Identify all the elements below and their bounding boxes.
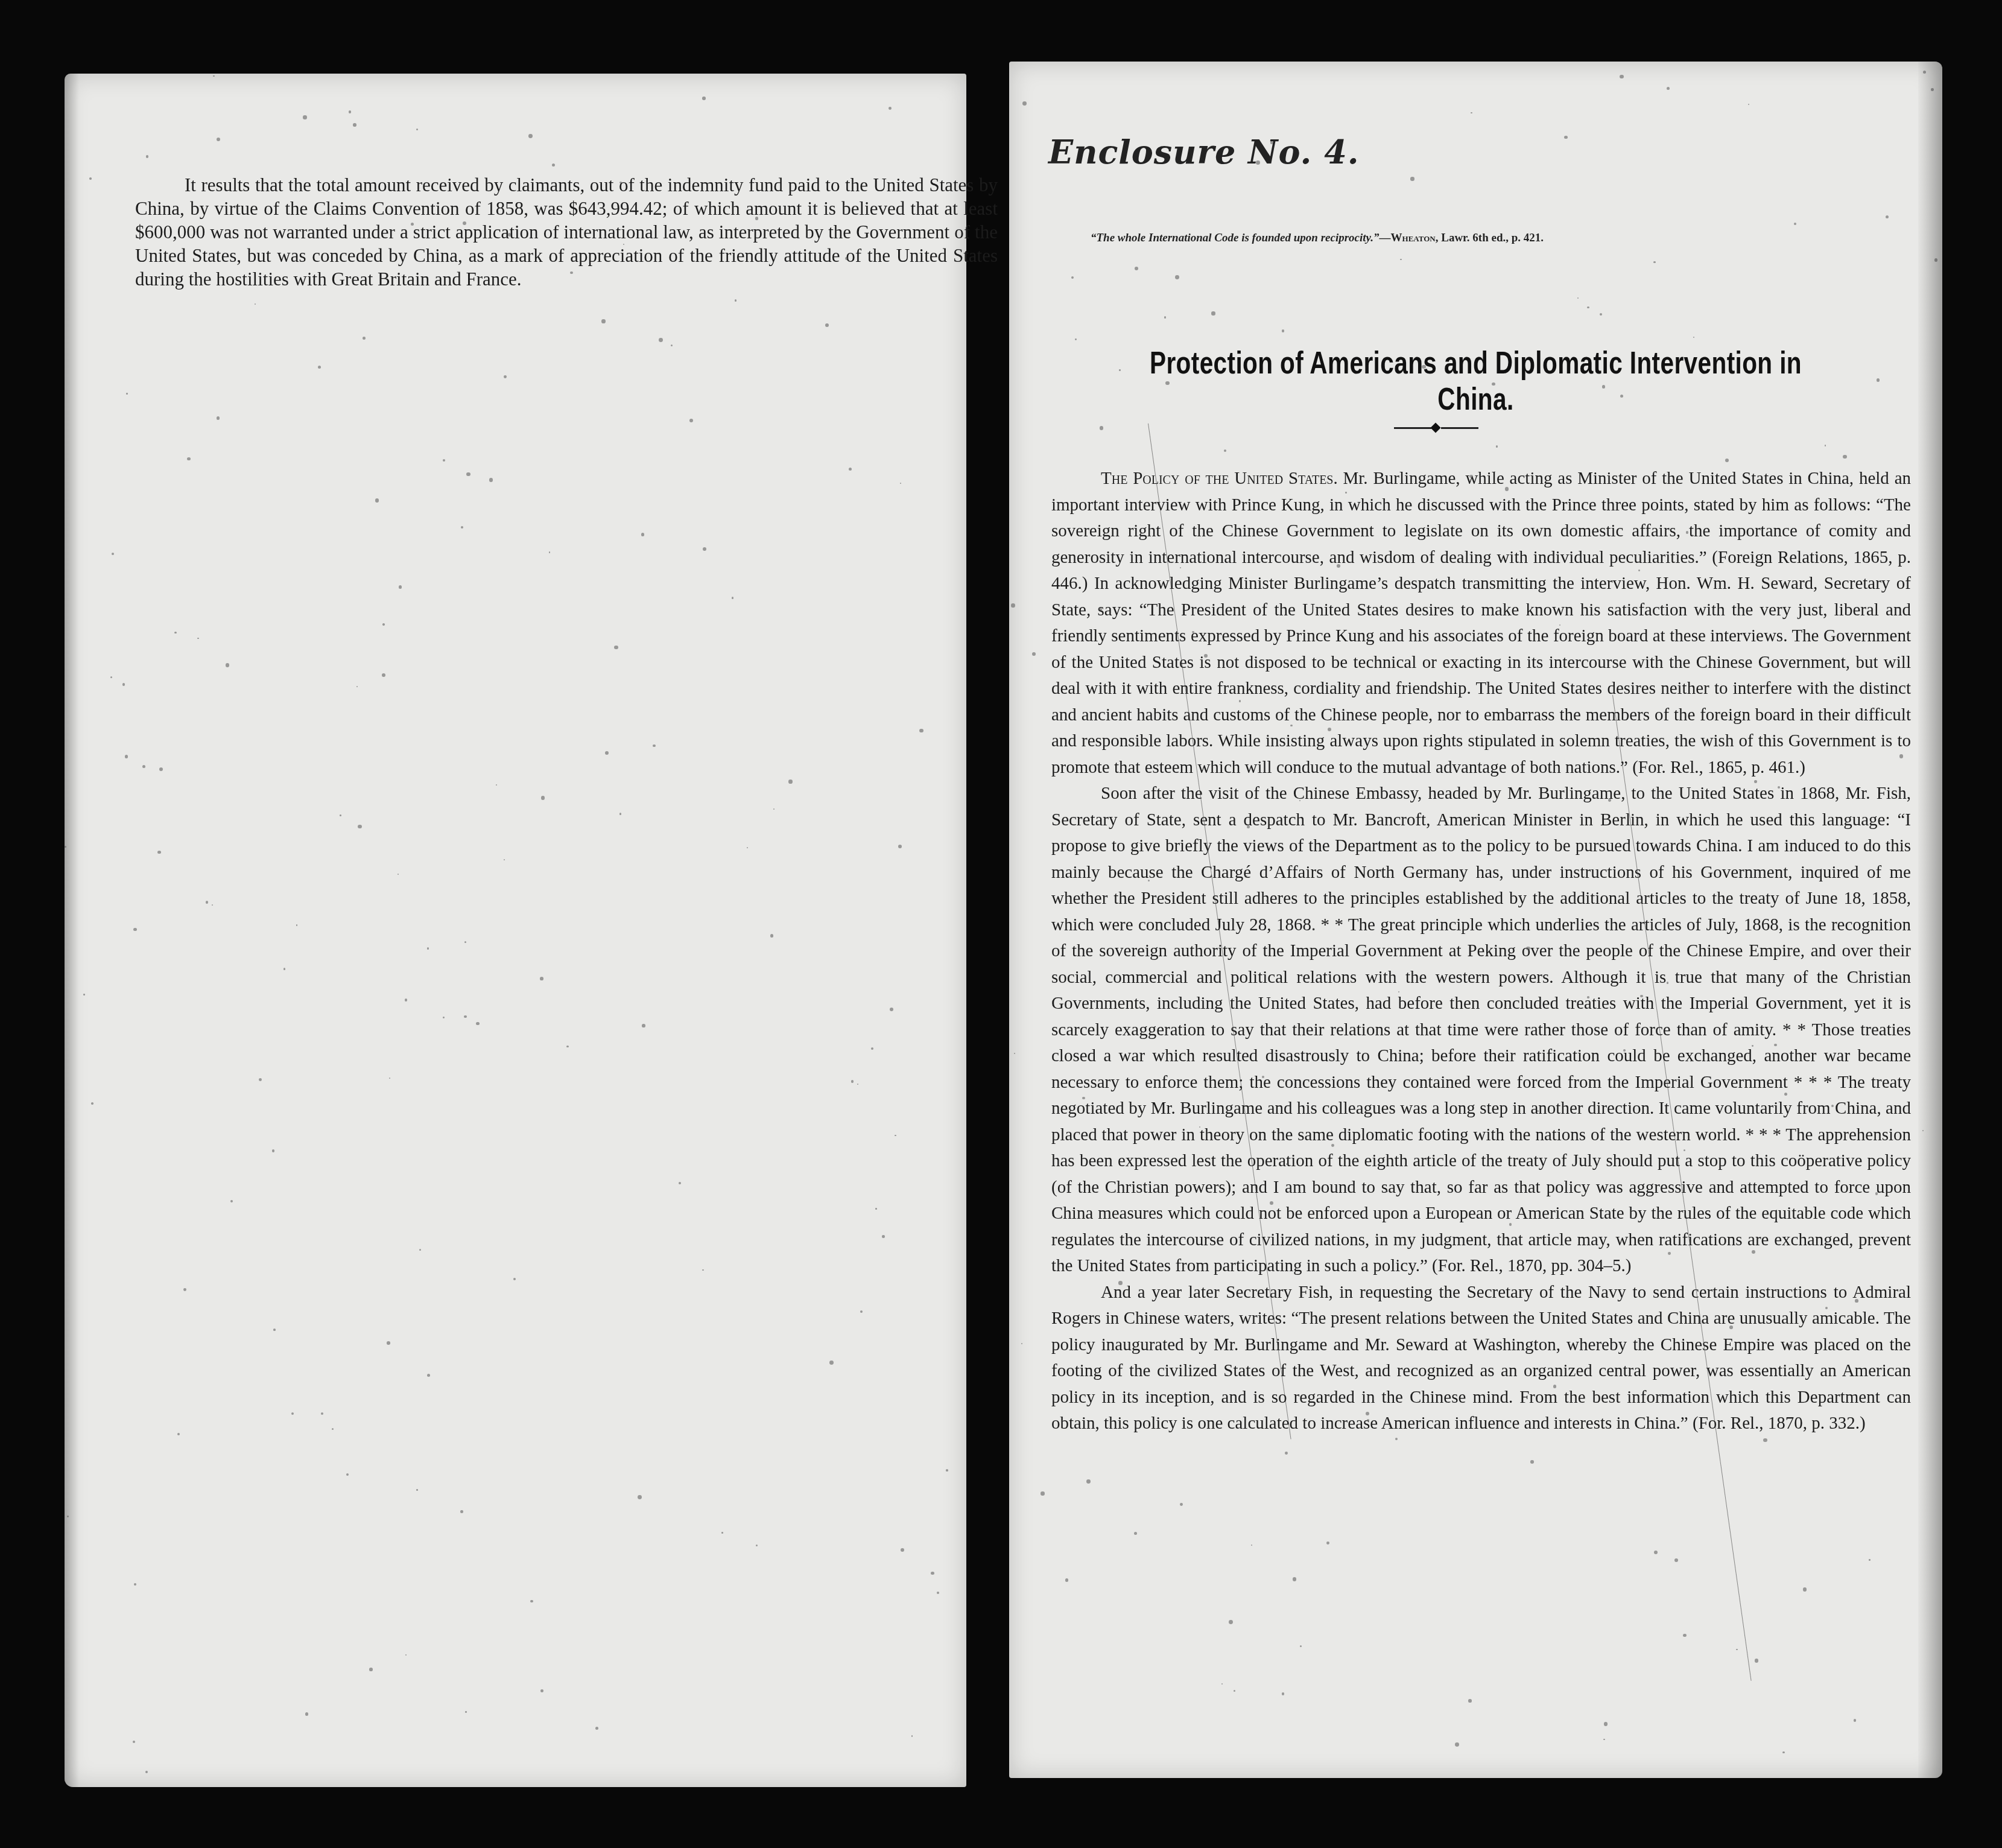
paper-speck — [1654, 1551, 1658, 1555]
paper-speck — [145, 1771, 148, 1773]
paper-speck — [1587, 306, 1589, 308]
paper-speck — [1934, 258, 1938, 262]
paper-speck — [443, 1017, 445, 1018]
paper-speck — [849, 468, 852, 471]
paper-speck — [702, 1269, 704, 1271]
paper-speck — [1638, 570, 1640, 571]
paper-speck — [159, 767, 163, 772]
paper-speck — [476, 1022, 480, 1026]
paper-speck — [291, 1412, 294, 1415]
paper-speck — [747, 847, 748, 848]
paper-speck — [504, 859, 505, 860]
paragraph-2: Soon after the visit of the Chinese Emba… — [1051, 781, 1911, 1280]
paper-speck — [321, 1412, 323, 1415]
paper-speck — [788, 780, 793, 784]
paper-speck — [146, 155, 148, 157]
paper-speck — [732, 597, 733, 599]
paper-speck — [1468, 1699, 1472, 1703]
paper-speck — [133, 1741, 135, 1743]
paper-speck — [353, 123, 356, 127]
paper-speck — [83, 994, 84, 995]
paper-speck — [851, 1080, 854, 1082]
paper-speck — [255, 303, 256, 305]
paper-speck — [1875, 1192, 1878, 1195]
paper-speck — [1100, 426, 1104, 430]
paper-speck — [1831, 1105, 1834, 1107]
paper-speck — [1886, 215, 1889, 218]
paper-speck — [1011, 603, 1015, 608]
paper-speck — [1843, 455, 1847, 459]
paper-speck — [1778, 786, 1780, 789]
paper-speck — [825, 323, 829, 327]
paper-speck — [1032, 652, 1036, 656]
paper-speck — [642, 1024, 645, 1027]
paper-speck — [112, 553, 114, 555]
paper-speck — [142, 765, 145, 768]
paper-speck — [1270, 141, 1273, 144]
paper-speck — [1803, 1587, 1807, 1592]
paper-speck — [134, 1583, 136, 1586]
paper-speck — [900, 483, 901, 484]
left-paragraph: It results that the total amount receive… — [135, 173, 998, 291]
paper-speck — [1286, 1163, 1288, 1165]
paper-speck — [605, 751, 609, 755]
paper-speck — [552, 164, 555, 167]
paper-speck — [1337, 564, 1340, 568]
paper-speck — [540, 977, 543, 980]
paper-speck — [416, 129, 418, 130]
epigraph-attribution: —Wheaton, Lawr. 6th ed., p. 421. — [1380, 232, 1544, 244]
diamond-icon — [1431, 423, 1441, 433]
paper-speck — [689, 419, 693, 422]
paper-speck — [1711, 659, 1712, 661]
paper-speck — [1041, 1491, 1045, 1496]
paper-speck — [890, 1008, 893, 1011]
paper-speck — [174, 632, 176, 633]
paper-speck — [1285, 1452, 1288, 1455]
paragraph-3: And a year later Secretary Fish, in requ… — [1051, 1280, 1911, 1437]
paper-speck — [1899, 754, 1903, 758]
paper-speck — [1526, 947, 1530, 951]
section-label: The Policy of the United States. — [1101, 469, 1338, 488]
paper-speck — [1071, 276, 1074, 279]
paper-speck — [1014, 1053, 1015, 1054]
paper-speck — [375, 498, 379, 502]
paper-speck — [305, 1712, 309, 1716]
paper-speck — [1022, 101, 1027, 106]
paper-speck — [1471, 112, 1472, 113]
paper-speck — [1086, 1479, 1091, 1484]
paper-speck — [1211, 311, 1215, 315]
paper-speck — [489, 478, 493, 481]
paper-speck — [638, 1495, 642, 1499]
paper-speck — [67, 1516, 69, 1517]
paper-speck — [349, 110, 352, 113]
paper-speck — [464, 941, 466, 943]
paper-speck — [1763, 1438, 1767, 1442]
paper-speck — [1509, 1223, 1512, 1225]
paper-speck — [382, 673, 385, 677]
paper-speck — [1653, 261, 1655, 263]
left-page: It results that the total amount receive… — [65, 74, 966, 1787]
paper-speck — [465, 1711, 467, 1713]
enclosure-heading: Enclosure No. 4. — [1048, 133, 1360, 171]
paper-speck — [1164, 316, 1166, 318]
paragraph-1: The Policy of the United States. Mr. Bur… — [1051, 466, 1911, 781]
paper-speck — [530, 1600, 533, 1602]
paper-speck — [829, 1361, 834, 1365]
paper-speck — [504, 375, 507, 378]
paper-speck — [332, 1428, 334, 1430]
paper-speck — [1825, 445, 1826, 446]
paper-speck — [296, 924, 297, 926]
paper-speck — [1328, 728, 1331, 731]
paper-speck — [217, 416, 220, 419]
paper-speck — [1270, 1201, 1273, 1205]
paper-speck — [1492, 383, 1495, 386]
paper-speck — [1239, 700, 1241, 702]
paper-speck — [1021, 1343, 1023, 1345]
paper-speck — [405, 1654, 407, 1656]
paper-speck — [619, 182, 622, 184]
paper-speck — [898, 845, 902, 848]
epigraph-source: , Lawr. 6th ed., p. 421. — [1436, 232, 1544, 244]
paper-speck — [1564, 136, 1567, 139]
paper-speck — [399, 585, 402, 588]
paper-speck — [1668, 1252, 1671, 1255]
paper-speck — [1623, 1049, 1626, 1052]
paper-speck — [369, 1668, 373, 1671]
paper-speck — [110, 676, 112, 678]
paper-speck — [1075, 338, 1077, 340]
paper-speck — [1331, 1144, 1334, 1147]
epigraph-author: Wheaton — [1391, 232, 1436, 244]
paper-speck — [1729, 1326, 1733, 1329]
paper-speck — [1794, 223, 1796, 225]
paper-speck — [1754, 780, 1757, 783]
paper-speck — [541, 796, 545, 800]
paper-speck — [1224, 449, 1226, 452]
page-title: Protection of Americans and Diplomatic I… — [1112, 345, 1840, 418]
paper-speck — [226, 663, 229, 667]
paper-speck — [1620, 75, 1623, 78]
paper-speck — [187, 457, 190, 460]
paper-speck — [125, 755, 128, 758]
paper-speck — [1410, 177, 1414, 180]
paper-speck — [1667, 982, 1668, 983]
paper-speck — [1427, 714, 1428, 716]
paper-speck — [122, 683, 125, 685]
paper-speck — [259, 1078, 262, 1081]
paper-speck — [1180, 567, 1181, 568]
paper-speck — [1469, 475, 1473, 478]
paper-speck — [641, 533, 645, 536]
paper-speck — [466, 472, 470, 477]
paper-speck — [735, 299, 736, 301]
paper-speck — [427, 947, 429, 949]
paper-speck — [679, 1182, 681, 1184]
paper-speck — [217, 138, 220, 141]
paper-speck — [1282, 329, 1285, 332]
paper-speck — [230, 1200, 233, 1202]
paper-speck — [1602, 385, 1606, 389]
paper-speck — [272, 1149, 274, 1152]
paper-speck — [895, 1135, 896, 1137]
paper-speck — [318, 366, 321, 369]
paper-speck — [1098, 608, 1102, 611]
paper-speck — [65, 846, 66, 848]
paper-speck — [389, 1078, 390, 1079]
paper-speck — [273, 1329, 276, 1331]
paper-speck — [566, 1046, 569, 1048]
paper-speck — [513, 1278, 516, 1280]
paper-speck — [1889, 1321, 1892, 1324]
paper-speck — [346, 1473, 349, 1476]
paper-speck — [284, 968, 286, 970]
right-page: Enclosure No. 4. “The whole Internationa… — [1009, 62, 1942, 1778]
paper-speck — [1247, 825, 1250, 828]
paper-speck — [1755, 1659, 1759, 1663]
paper-speck — [703, 547, 706, 551]
paper-speck — [1748, 104, 1749, 105]
paper-speck — [398, 874, 399, 875]
paper-speck — [1530, 1460, 1534, 1464]
paper-speck — [1752, 1045, 1753, 1047]
paper-speck — [528, 134, 533, 138]
paper-speck — [1300, 1645, 1302, 1647]
paper-speck — [1774, 1044, 1776, 1046]
paper-speck — [1180, 1503, 1183, 1506]
paper-speck — [1400, 259, 1401, 260]
paper-speck — [702, 97, 705, 100]
paper-speck — [882, 1235, 884, 1237]
paper-speck — [659, 338, 663, 342]
paper-speck — [773, 808, 775, 810]
paper-speck — [871, 1047, 873, 1050]
paper-speck — [1175, 275, 1179, 279]
paper-speck — [860, 1310, 863, 1313]
paper-speck — [419, 1249, 421, 1251]
paper-speck — [356, 686, 358, 687]
paper-speck — [1684, 1149, 1685, 1151]
paper-speck — [1134, 1532, 1137, 1535]
paper-speck — [416, 1489, 418, 1491]
paper-speck — [1135, 267, 1138, 270]
paper-speck — [1869, 1559, 1871, 1561]
paper-speck — [1603, 1739, 1604, 1740]
paper-speck — [1922, 1130, 1924, 1131]
paper-speck — [1395, 1438, 1398, 1441]
paper-speck — [857, 1084, 858, 1085]
paper-speck — [770, 934, 774, 938]
paper-speck — [911, 1735, 913, 1736]
paper-speck — [1577, 297, 1579, 299]
paper-speck — [1234, 1690, 1235, 1692]
paper-speck — [1782, 1751, 1785, 1754]
article-body: The Policy of the United States. Mr. Bur… — [1051, 466, 1911, 1437]
paper-speck — [1326, 1542, 1329, 1545]
paper-speck — [671, 345, 673, 346]
paper-speck — [1854, 1719, 1857, 1722]
paper-speck — [133, 928, 136, 931]
paper-speck — [1313, 929, 1314, 930]
paper-speck — [937, 1592, 939, 1594]
paper-speck — [496, 784, 498, 786]
paper-speck — [1293, 1577, 1297, 1581]
paper-speck — [213, 75, 215, 77]
paper-speck — [1604, 1722, 1608, 1726]
paper-speck — [177, 1433, 180, 1435]
paper-speck — [197, 638, 199, 640]
paper-speck — [1282, 1692, 1284, 1695]
paper-speck — [89, 177, 92, 180]
paper-speck — [756, 1545, 758, 1546]
paper-speck — [946, 1469, 948, 1472]
epigraph-quote: “The whole International Code is founded… — [1091, 232, 1380, 244]
paper-speck — [889, 107, 892, 110]
paper-speck — [361, 249, 363, 250]
paper-speck — [931, 1572, 934, 1575]
paper-speck — [1208, 528, 1209, 529]
paper-speck — [1455, 1742, 1459, 1747]
paper-speck — [1251, 1545, 1252, 1546]
paper-speck — [427, 1374, 430, 1377]
paper-speck — [1496, 445, 1498, 448]
paper-speck — [653, 745, 656, 748]
paper-speck — [1683, 1634, 1686, 1637]
paper-speck — [508, 233, 511, 236]
paper-speck — [595, 1727, 599, 1730]
paper-speck — [1923, 71, 1927, 74]
paper-speck — [405, 999, 407, 1001]
paper-speck — [126, 393, 127, 394]
epigraph: “The whole International Code is founded… — [1091, 232, 1544, 245]
paper-speck — [91, 1102, 93, 1105]
paper-speck — [1118, 1281, 1123, 1285]
paper-speck — [1674, 1558, 1678, 1562]
paper-speck — [1345, 492, 1347, 494]
paper-speck — [1725, 459, 1729, 462]
paper-speck — [845, 257, 847, 259]
paper-speck — [1119, 369, 1121, 371]
paper-speck — [1082, 1097, 1085, 1100]
paper-speck — [1290, 725, 1292, 726]
paper-speck — [721, 1532, 723, 1534]
paper-speck — [387, 1341, 390, 1344]
title-ornament-divider — [1394, 424, 1478, 432]
paper-speck — [463, 221, 466, 225]
paper-speck — [460, 1510, 463, 1513]
paper-speck — [1229, 1620, 1233, 1624]
paper-speck — [303, 115, 306, 119]
paper-speck — [540, 1689, 543, 1692]
paper-speck — [340, 814, 341, 816]
paper-speck — [443, 459, 445, 462]
paper-speck — [1065, 1578, 1068, 1581]
epigraph-dash: — — [1380, 232, 1391, 244]
paper-speck — [206, 901, 208, 903]
paper-speck — [1204, 654, 1208, 658]
paper-speck — [1587, 996, 1589, 998]
paper-speck — [1608, 799, 1611, 802]
paper-speck — [1931, 88, 1934, 91]
paper-speck — [619, 813, 621, 814]
paper-speck — [1199, 1126, 1200, 1128]
paper-speck — [549, 551, 550, 553]
paper-speck — [601, 319, 606, 323]
paper-speck — [464, 1015, 466, 1018]
paper-speck — [212, 904, 213, 906]
paper-speck — [157, 851, 161, 854]
paper-speck — [183, 1288, 186, 1291]
paper-speck — [1221, 1683, 1223, 1684]
paper-speck — [1736, 1649, 1737, 1650]
paper-speck — [1600, 313, 1603, 316]
paper-speck — [382, 623, 384, 625]
paper-speck — [919, 729, 923, 732]
paper-speck — [1855, 1299, 1858, 1303]
paper-speck — [358, 825, 362, 829]
paper-speck — [1825, 1307, 1828, 1309]
paper-speck — [901, 1548, 905, 1552]
paragraph-1-text: Mr. Burlingame, while acting as Minister… — [1051, 469, 1911, 777]
paper-speck — [363, 337, 366, 340]
paper-speck — [1107, 1241, 1109, 1243]
paper-speck — [1877, 378, 1880, 381]
paper-speck — [1693, 337, 1694, 338]
paper-speck — [1686, 531, 1688, 533]
paper-speck — [1165, 381, 1170, 386]
paper-speck — [1667, 87, 1670, 90]
paper-speck — [614, 646, 618, 650]
paper-speck — [461, 526, 463, 529]
paper-speck — [875, 1208, 877, 1210]
